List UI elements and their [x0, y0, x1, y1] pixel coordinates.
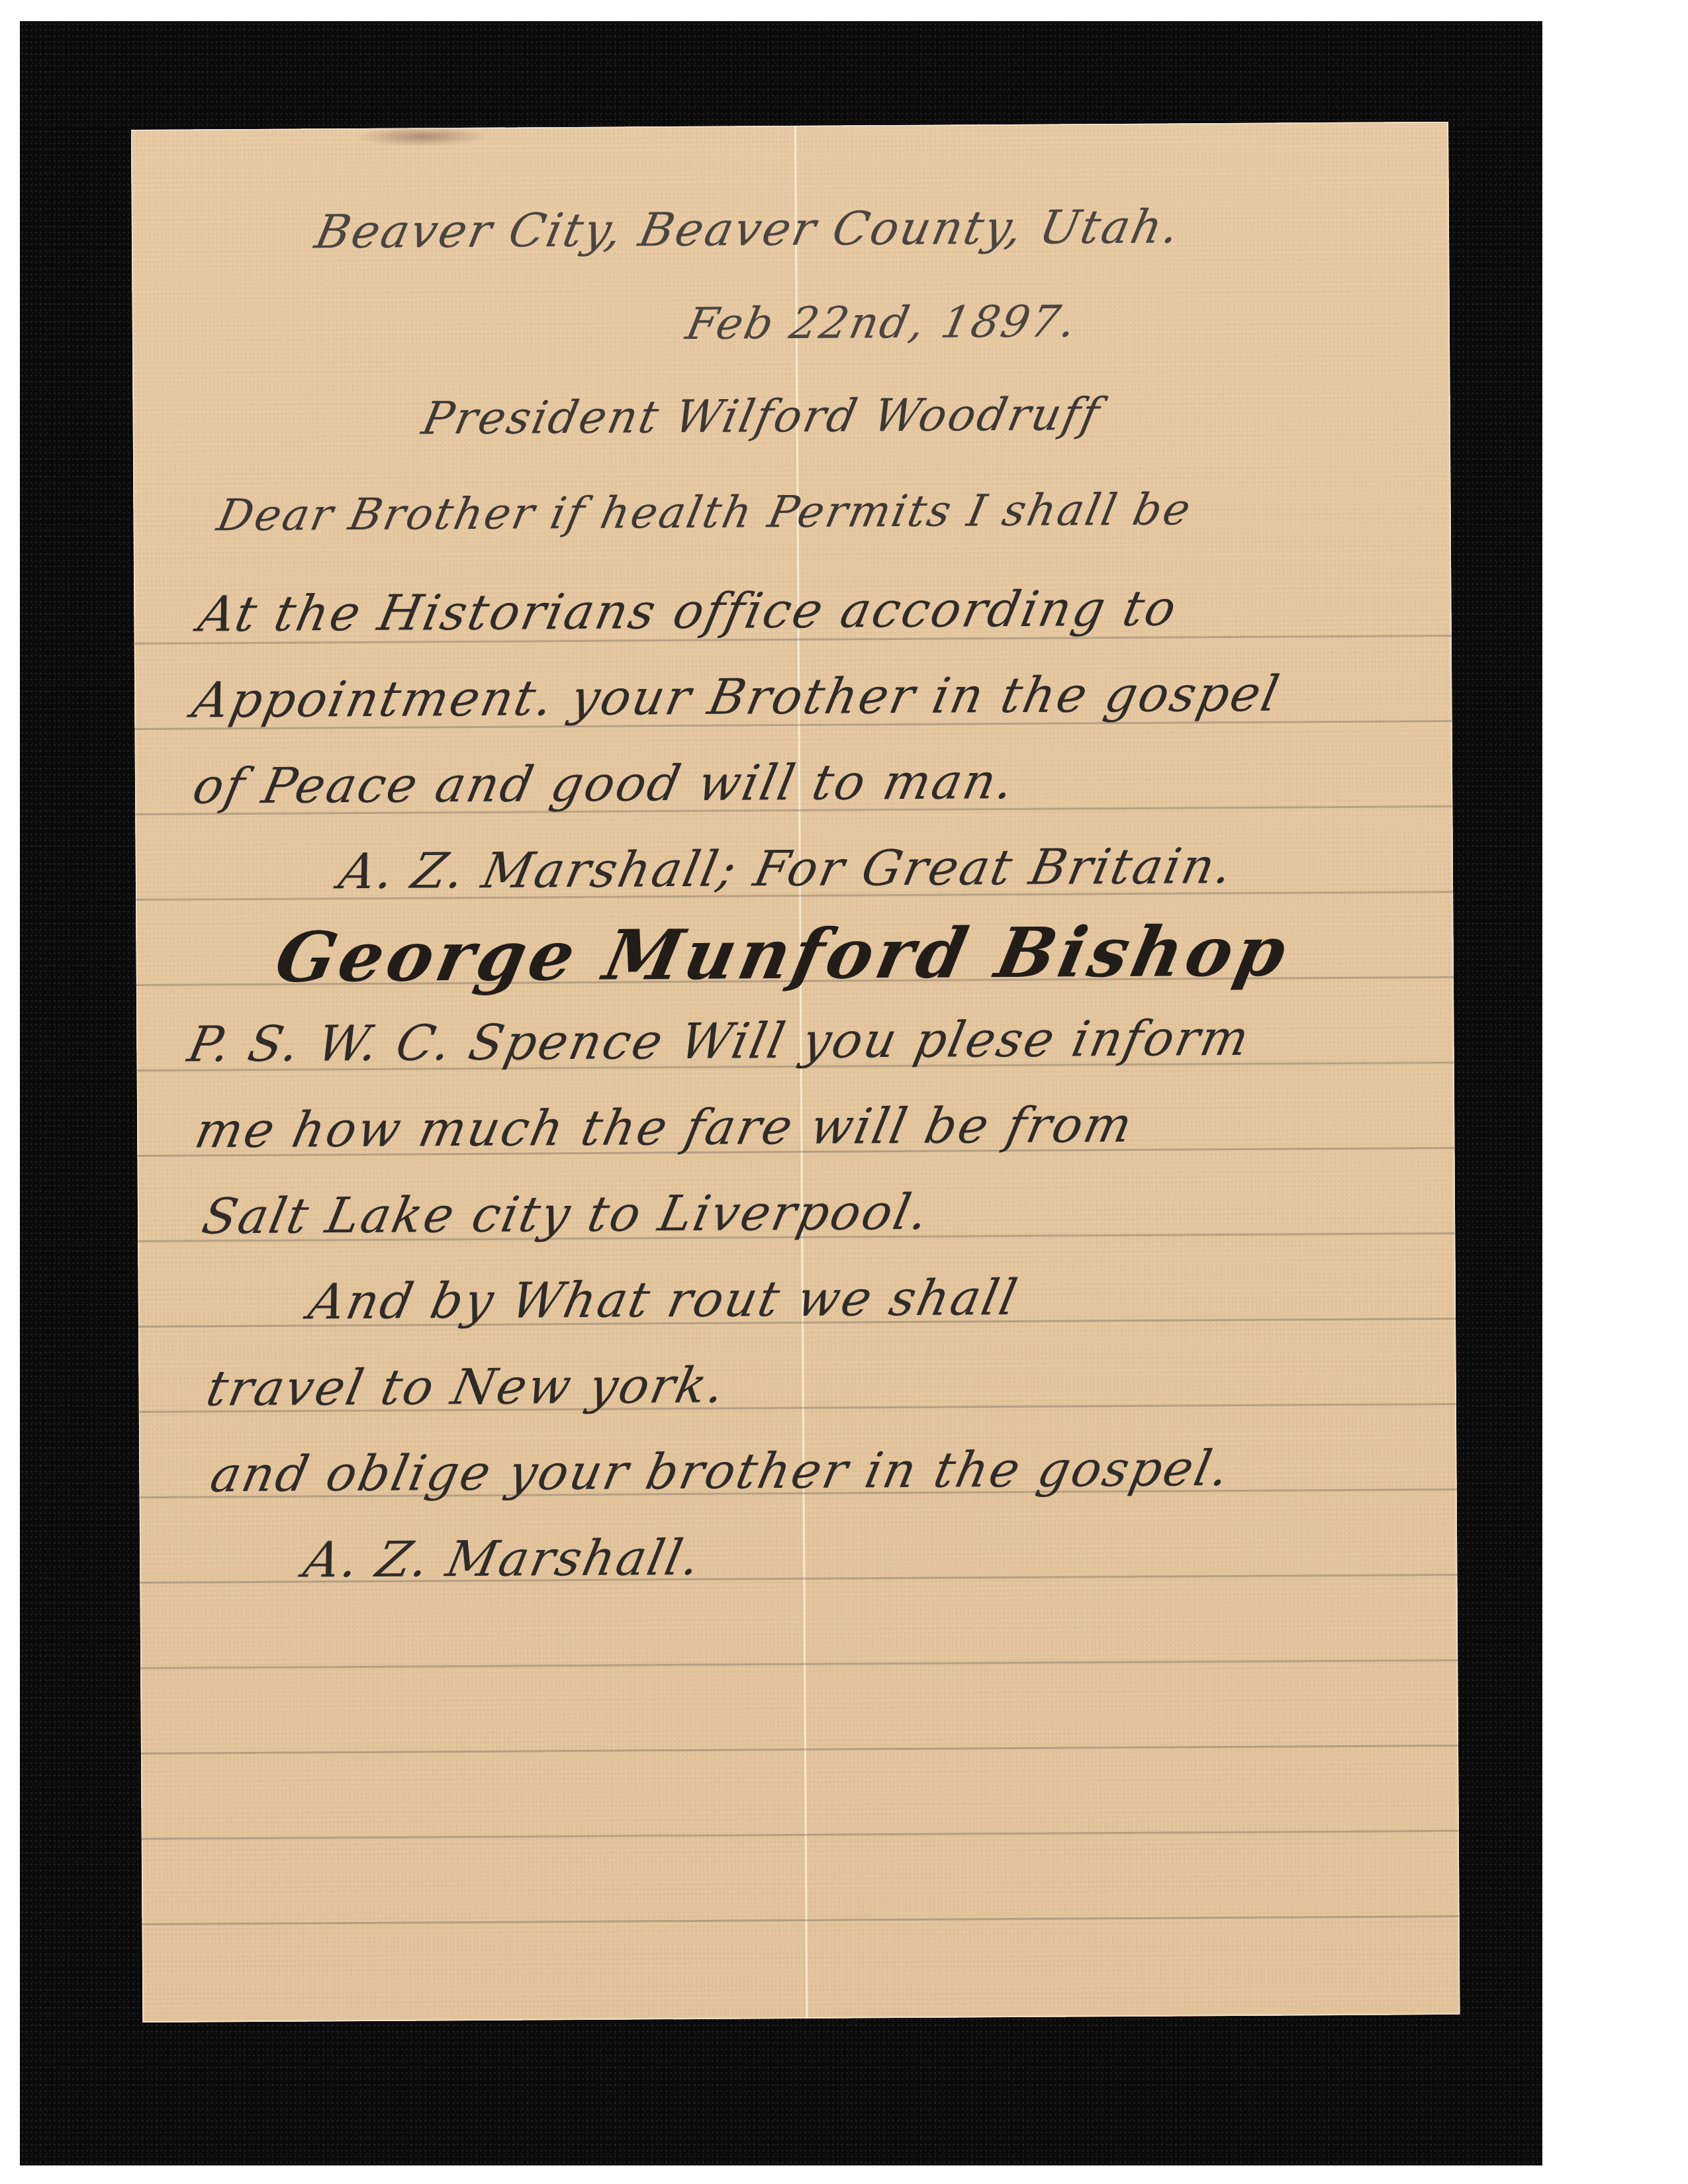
letter-addressee-line: President Wilford Woodruff: [418, 388, 1105, 445]
letter-body-line: Appointment. your Brother in the gospel: [188, 665, 1286, 729]
ruled-line: [142, 1830, 1459, 1840]
letter-body-line: of Peace and good will to man.: [188, 753, 1021, 815]
letter-body-line: At the Historians office according to: [194, 580, 1183, 643]
postscript-line: Salt Lake city to Liverpool.: [197, 1184, 935, 1246]
postscript-line: P. S. W. C. Spence Will you plese inform: [183, 1010, 1256, 1073]
bishop-signature: George Munford Bishop: [269, 910, 1297, 997]
paper-stain: [356, 126, 489, 147]
postscript-line: me how much the fare will be from: [191, 1097, 1139, 1160]
ruled-line: [142, 1915, 1460, 1925]
postscript-line: and oblige your brother in the gospel.: [206, 1440, 1236, 1504]
postscript-line: travel to New york.: [202, 1357, 731, 1418]
letter-body-line: Dear Brother if health Permits I shall b…: [213, 484, 1197, 541]
ruled-line: [140, 1659, 1458, 1669]
letter-date-line: Feb 22nd, 1897.: [682, 296, 1082, 349]
letter-signature-line: A. Z. Marshall; For Great Britain.: [334, 838, 1239, 900]
closing-signature: A. Z. Marshall.: [299, 1529, 706, 1589]
ruled-line: [141, 1745, 1458, 1754]
postscript-line: And by What rout we shall: [304, 1269, 1023, 1331]
letter-paper: Beaver City, Beaver County, Utah. Feb 22…: [131, 122, 1460, 2023]
letter-place-line: Beaver City, Beaver County, Utah.: [310, 199, 1186, 259]
